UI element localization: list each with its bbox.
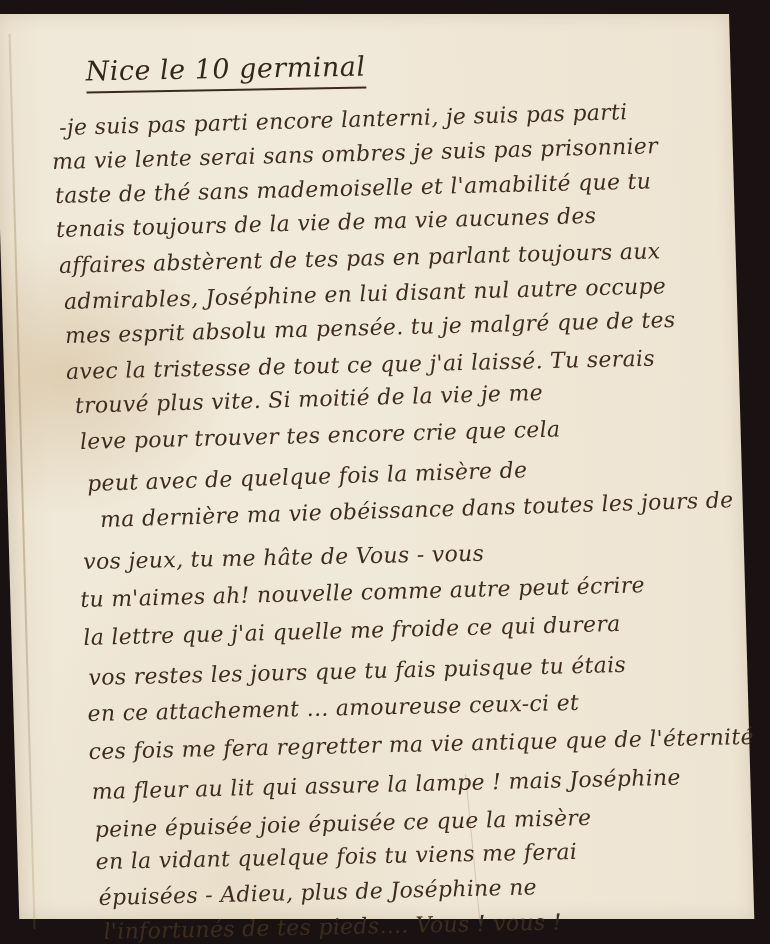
letter-heading-date: Nice le 10 germinal xyxy=(85,52,367,94)
handwritten-line: ma fleur au lit qui assure la lampe ! ma… xyxy=(91,766,681,805)
handwritten-line: -je suis pas parti encore lanterni, je s… xyxy=(59,100,629,141)
handwritten-line: en ce attachement ... amoureuse ceux-ci … xyxy=(87,691,580,727)
fold-crease xyxy=(9,34,36,929)
handwritten-line: l'infortunés de tes pieds.... Vous ! vou… xyxy=(103,910,563,944)
handwritten-line: taste de thé sans mademoiselle et l'amab… xyxy=(54,169,651,209)
manuscript-page: Nice le 10 germinal -je suis pas parti e… xyxy=(0,14,754,919)
handwritten-line: la lettre que j'ai quelle me froide ce q… xyxy=(83,612,621,651)
handwritten-line: tu m'aimes ah! nouvelle comme autre peut… xyxy=(80,573,646,613)
handwritten-line: ces fois me fera regretter ma vie antiqu… xyxy=(88,725,755,765)
handwritten-line: trouvé plus vite. Si moitié de la vie je… xyxy=(74,381,543,419)
handwritten-line: mes esprit absolu ma pensée. tu je malgr… xyxy=(64,308,676,349)
handwritten-line: ma vie lente serai sans ombres je suis p… xyxy=(51,134,658,175)
handwritten-line: épuisées - Adieu, plus de Joséphine ne xyxy=(98,875,538,911)
handwritten-line: en la vidant quelque fois tu viens me fe… xyxy=(95,840,578,875)
handwritten-line: avec la tristesse de tout ce que j'ai la… xyxy=(65,347,655,385)
handwritten-line: leve pour trouver tes encore crie que ce… xyxy=(79,417,561,455)
handwritten-line: ma dernière ma vie obéissance dans toute… xyxy=(99,488,734,533)
handwritten-line: tenais toujours de la vie de ma vie aucu… xyxy=(55,204,597,243)
handwritten-line: peut avec de quelque fois la misère de xyxy=(86,458,528,497)
handwritten-line: affaires abstèrent de tes pas en parlant… xyxy=(58,239,661,279)
handwritten-line: peine épuisée joie épuisée ce que la mis… xyxy=(94,806,592,843)
handwritten-line: vos jeux, tu me hâte de Vous - vous xyxy=(83,542,485,575)
handwritten-line: vos restes les jours que tu fais puisque… xyxy=(88,653,627,691)
handwritten-line: admirables, Joséphine en lui disant nul … xyxy=(63,274,666,315)
scan-background: Nice le 10 germinal -je suis pas parti e… xyxy=(0,0,770,944)
